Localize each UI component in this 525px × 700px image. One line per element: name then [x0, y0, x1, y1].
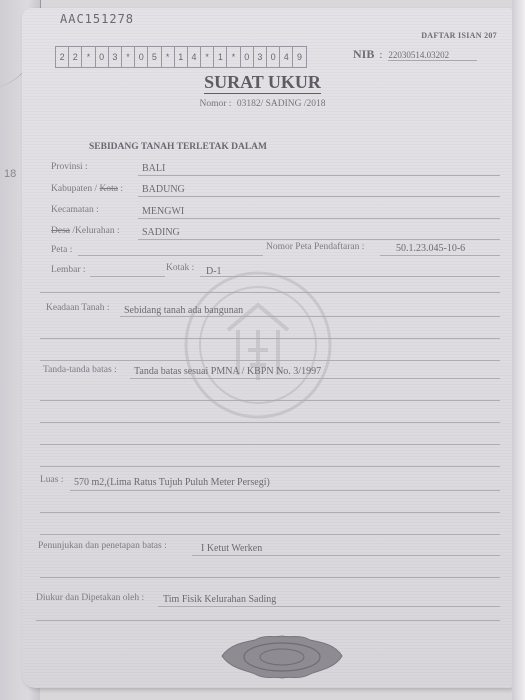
penunjukan-value: I Ketut Werken	[201, 543, 262, 554]
kecamatan-rule	[138, 218, 500, 219]
number-box: *	[227, 47, 240, 67]
tanda-batas-rule	[130, 378, 500, 379]
nib-label: NIB	[353, 47, 374, 62]
keadaan-tanah-rule	[120, 316, 500, 317]
nomor-separator: :	[229, 99, 232, 109]
penunjukan-rule	[192, 555, 500, 556]
number-box: 0	[96, 47, 109, 67]
number-box: 3	[254, 47, 267, 67]
number-box: *	[162, 47, 175, 67]
ruled-line	[40, 422, 500, 423]
nib-value: 22030514.03202	[388, 50, 477, 61]
kelurahan-value: SADING	[142, 227, 180, 238]
peta-label: Peta :	[51, 245, 72, 255]
document-title: SURAT UKUR	[0, 72, 525, 93]
ruled-line	[40, 360, 500, 361]
number-box: *	[82, 47, 95, 67]
number-box: 0	[135, 47, 148, 67]
luas-label: Luas :	[40, 475, 63, 485]
provinsi-value: BALI	[142, 163, 165, 174]
number-box: *	[201, 47, 214, 67]
ruled-line	[40, 577, 500, 578]
diukur-rule	[158, 606, 500, 607]
luas-value: 570 m2,(Lima Ratus Tujuh Puluh Meter Per…	[74, 477, 270, 488]
kecamatan-label: Kecamatan :	[51, 205, 99, 215]
nib-separator: :	[379, 49, 382, 61]
ruled-line	[40, 466, 500, 467]
left-margin-mark: 18	[4, 168, 16, 180]
form-code: DAFTAR ISIAN 207	[421, 31, 497, 40]
provinsi-rule	[138, 175, 500, 176]
ruled-line	[40, 444, 500, 445]
kelurahan-rule	[138, 239, 500, 240]
serial-number: AAC151278	[60, 12, 134, 26]
provinsi-label: Provinsi :	[51, 162, 88, 172]
tanda-batas-value: Tanda batas sesuai PMNA / KBPN No. 3/199…	[134, 366, 321, 377]
keadaan-tanah-label: Keadaan Tanah :	[46, 303, 110, 313]
kotak-rule	[200, 276, 500, 277]
diukur-value: Tim Fisik Kelurahan Sading	[163, 594, 276, 605]
number-box: 1	[175, 47, 188, 67]
guilloche-rosette-icon	[220, 634, 344, 680]
ruled-line	[36, 620, 500, 621]
number-boxes: 22*03*05*14*1*03049	[55, 46, 307, 68]
ruled-line	[40, 292, 500, 293]
number-box: 9	[293, 47, 305, 67]
kotak-label: Kotak :	[166, 263, 194, 273]
number-box: 3	[109, 47, 122, 67]
luas-rule	[70, 490, 500, 491]
keadaan-tanah-value: Sebidang tanah ada bangunan	[124, 305, 243, 316]
kabupaten-label: Kabupaten / Kota :	[51, 184, 123, 194]
nomor-peta-label: Nomor Peta Pendaftaran :	[266, 242, 364, 252]
tanda-batas-label: Tanda-tanda batas :	[43, 365, 117, 375]
nomor-peta-rule	[380, 255, 500, 256]
number-box: 0	[267, 47, 280, 67]
kabupaten-rule	[138, 196, 500, 197]
peta-rule	[78, 255, 263, 256]
lembar-rule	[90, 276, 165, 277]
kecamatan-value: MENGWI	[142, 206, 184, 217]
kabupaten-value: BADUNG	[142, 184, 185, 195]
number-box: 0	[241, 47, 254, 67]
nomor-value: 03182/ SADING /2018	[237, 99, 326, 109]
number-box: *	[122, 47, 135, 67]
number-box: 4	[188, 47, 201, 67]
penunjukan-label: Penunjukan dan penetapan batas :	[38, 541, 167, 551]
kelurahan-label: Desa /Kelurahan :	[51, 226, 120, 236]
nib-field: NIB : 22030514.03202	[353, 47, 477, 62]
ruled-line	[40, 534, 500, 535]
nomor-peta-value: 50.1.23.045-10-6	[396, 243, 465, 254]
number-box: 5	[148, 47, 161, 67]
number-box: 2	[56, 47, 69, 67]
ruled-line	[40, 512, 500, 513]
ruled-line	[40, 338, 500, 339]
number-box: 2	[69, 47, 82, 67]
nomor-label: Nomor	[200, 99, 227, 109]
number-box: 1	[214, 47, 227, 67]
lembar-label: Lembar :	[51, 265, 86, 275]
diukur-label: Diukur dan Dipetakan oleh :	[36, 593, 144, 603]
ruled-line	[40, 400, 500, 401]
number-box: 4	[280, 47, 293, 67]
location-heading: SEBIDANG TANAH TERLETAK DALAM	[89, 142, 267, 152]
document-number: Nomor : 03182/ SADING /2018	[0, 99, 525, 109]
